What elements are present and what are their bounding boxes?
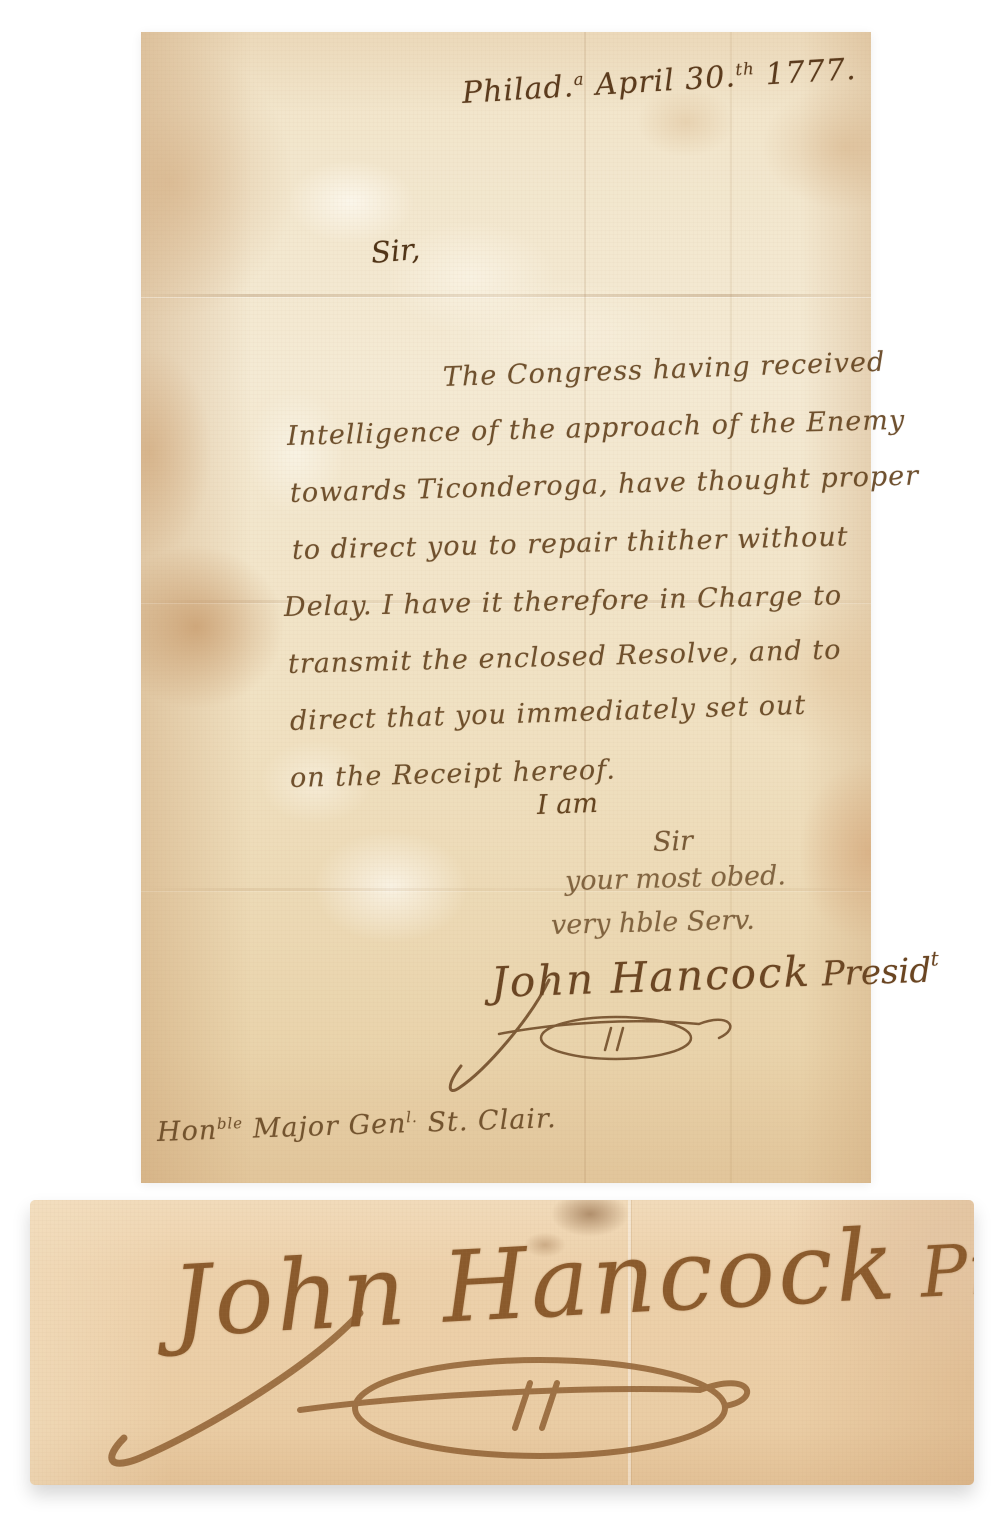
signature-detail-crop: John Hancock Presidt bbox=[30, 1200, 974, 1485]
body-line: to direct you to repair thither without bbox=[292, 521, 849, 566]
fold-crease-horizontal bbox=[141, 294, 871, 297]
dateline-date-superscript: th bbox=[735, 59, 755, 79]
detail-signature-flourish-icon bbox=[60, 1308, 940, 1483]
dateline-place: Philad. bbox=[461, 69, 575, 111]
address-honorific: Hon bbox=[156, 1115, 217, 1148]
detail-signature-title: Presid bbox=[896, 1220, 974, 1315]
dateline-date: April 30. bbox=[584, 59, 737, 103]
closing-servant: very hble Serv. bbox=[551, 905, 756, 941]
body-line: Intelligence of the approach of the Enem… bbox=[287, 405, 906, 452]
letter-document: Philad.a April 30.th 1777. Sir, The Cong… bbox=[141, 32, 871, 1183]
dateline-year: 1777. bbox=[754, 52, 857, 93]
address-recipient: St. Clair. bbox=[417, 1103, 557, 1139]
dateline: Philad.a April 30.th 1777. bbox=[461, 52, 857, 111]
auction-photo-page: Philad.a April 30.th 1777. Sir, The Cong… bbox=[0, 0, 1007, 1530]
body-line: transmit the enclosed Resolve, and to bbox=[288, 635, 842, 680]
closing-obedient: your most obed. bbox=[565, 860, 787, 897]
dateline-place-superscript: a bbox=[573, 70, 585, 90]
address-rank: Major Gen bbox=[243, 1108, 407, 1145]
body-line: direct that you immediately set out bbox=[290, 690, 807, 737]
signature-flourish-icon bbox=[431, 970, 781, 1110]
body-line: The Congress having received bbox=[442, 347, 885, 393]
body-line: Delay. I have it therefore in Charge to bbox=[284, 580, 843, 623]
closing-i-am: I am bbox=[536, 788, 598, 821]
signature-title: Presid bbox=[810, 951, 931, 995]
address-line: Honble Major Genl. St. Clair. bbox=[156, 1103, 557, 1148]
body-line: towards Ticonderoga, have thought proper bbox=[290, 460, 920, 509]
salutation: Sir, bbox=[370, 232, 422, 270]
address-honorific-superscript: ble bbox=[217, 1114, 244, 1133]
signature-title-superscript: t bbox=[930, 946, 939, 970]
address-rank-superscript: l. bbox=[406, 1108, 418, 1126]
closing-sir: Sir bbox=[652, 826, 693, 858]
